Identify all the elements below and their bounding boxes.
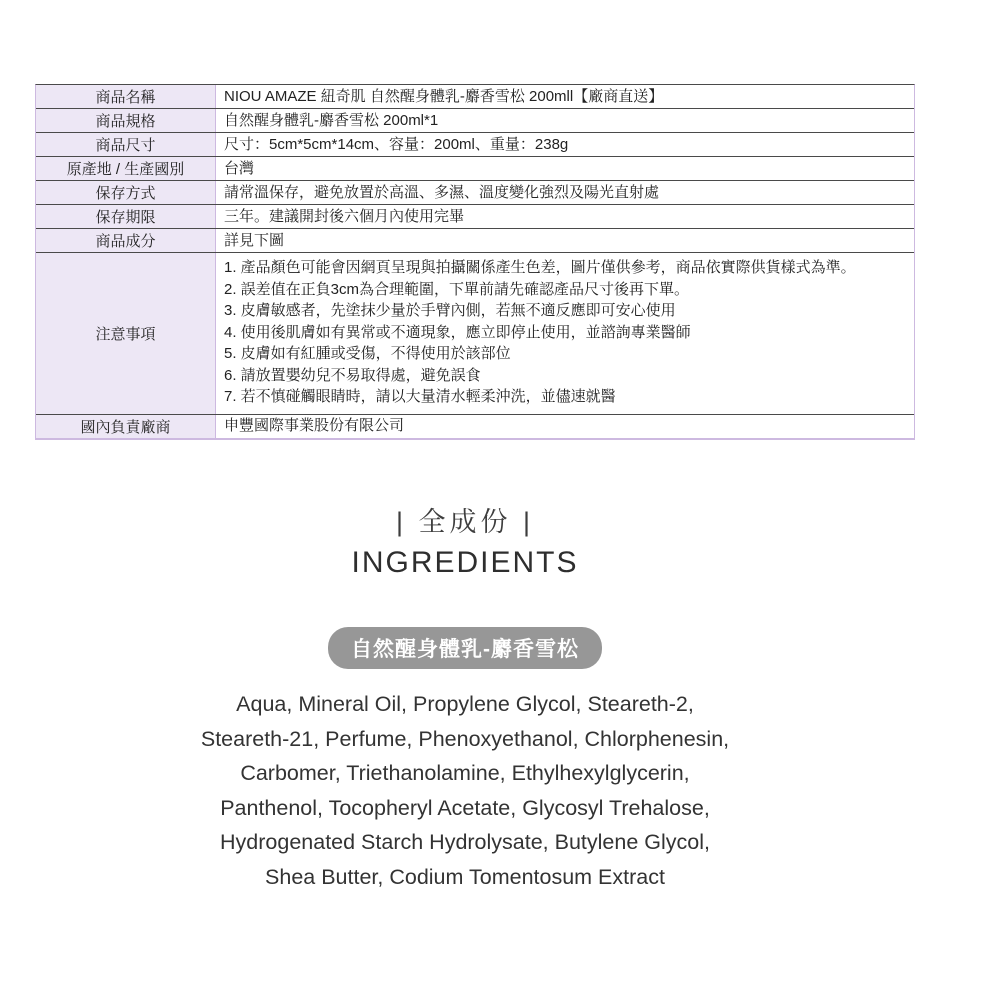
- table-row: 商品成分 詳見下圖: [36, 229, 914, 253]
- row-label-shelf-life: 保存期限: [36, 205, 216, 228]
- ingredients-line: Shea Butter, Codium Tomentosum Extract: [25, 860, 905, 895]
- ingredients-line: Hydrogenated Starch Hydrolysate, Butylen…: [25, 825, 905, 860]
- table-row: 原產地 / 生產國別 台灣: [36, 157, 914, 181]
- ingredients-line: Carbomer, Triethanolamine, Ethylhexylgly…: [25, 756, 905, 791]
- row-value-shelf-life: 三年。建議開封後六個月內使用完畢: [216, 205, 914, 228]
- ingredients-line: Panthenol, Tocopheryl Acetate, Glycosyl …: [25, 791, 905, 826]
- row-label-size: 商品尺寸: [36, 133, 216, 156]
- row-value-origin: 台灣: [216, 157, 914, 180]
- product-spec-table: 商品名稱 NIOU AMAZE 紐奇肌 自然醒身體乳-麝香雪松 200mll【廠…: [35, 84, 915, 440]
- row-label-composition: 商品成分: [36, 229, 216, 252]
- row-label-product-name: 商品名稱: [36, 85, 216, 108]
- row-value-spec: 自然醒身體乳-麝香雪松 200ml*1: [216, 109, 914, 132]
- table-row: 國內負責廠商 申豐國際事業股份有限公司: [36, 415, 914, 438]
- ingredients-section: | 全成份 | INGREDIENTS 自然醒身體乳-麝香雪松 Aqua, Mi…: [25, 500, 905, 895]
- table-row: 保存期限 三年。建議開封後六個月內使用完畢: [36, 205, 914, 229]
- row-value-size: 尺寸：5cm*5cm*14cm、容量：200ml、重量：238g: [216, 133, 914, 156]
- ingredients-line: Steareth-21, Perfume, Phenoxyethanol, Ch…: [25, 722, 905, 757]
- note-line: 2. 誤差值在正負3cm為合理範圍，下單前請先確認產品尺寸後再下單。: [224, 279, 906, 301]
- ingredients-title-en: INGREDIENTS: [25, 546, 905, 580]
- note-line: 5. 皮膚如有紅腫或受傷，不得使用於該部位: [224, 343, 906, 365]
- row-label-distributor: 國內負責廠商: [36, 415, 216, 438]
- row-value-notes: 1. 產品顏色可能會因網頁呈現與拍攝關係產生色差，圖片僅供參考，商品依實際供貨樣…: [216, 253, 914, 414]
- product-info-page: 商品名稱 NIOU AMAZE 紐奇肌 自然醒身體乳-麝香雪松 200mll【廠…: [0, 0, 1000, 1000]
- ingredients-line: Aqua, Mineral Oil, Propylene Glycol, Ste…: [25, 687, 905, 722]
- row-value-storage: 請常溫保存，避免放置於高溫、多濕、溫度變化強烈及陽光直射處: [216, 181, 914, 204]
- row-label-origin: 原產地 / 生產國別: [36, 157, 216, 180]
- row-value-distributor: 申豐國際事業股份有限公司: [216, 415, 914, 438]
- row-label-spec: 商品規格: [36, 109, 216, 132]
- note-line: 4. 使用後肌膚如有異常或不適現象，應立即停止使用，並諮詢專業醫師: [224, 322, 906, 344]
- ingredients-list: Aqua, Mineral Oil, Propylene Glycol, Ste…: [25, 687, 905, 895]
- table-row: 注意事項 1. 產品顏色可能會因網頁呈現與拍攝關係產生色差，圖片僅供參考，商品依…: [36, 253, 914, 415]
- table-row: 商品規格 自然醒身體乳-麝香雪松 200ml*1: [36, 109, 914, 133]
- table-row: 商品名稱 NIOU AMAZE 紐奇肌 自然醒身體乳-麝香雪松 200mll【廠…: [36, 85, 914, 109]
- table-row: 商品尺寸 尺寸：5cm*5cm*14cm、容量：200ml、重量：238g: [36, 133, 914, 157]
- note-line: 6. 請放置嬰幼兒不易取得處，避免誤食: [224, 365, 906, 387]
- row-value-product-name: NIOU AMAZE 紐奇肌 自然醒身體乳-麝香雪松 200mll【廠商直送】: [216, 85, 914, 108]
- row-value-composition: 詳見下圖: [216, 229, 914, 252]
- ingredients-title-cjk: | 全成份 |: [25, 500, 905, 539]
- product-variant-badge: 自然醒身體乳-麝香雪松: [328, 627, 602, 669]
- note-line: 3. 皮膚敏感者，先塗抹少量於手臂內側，若無不適反應即可安心使用: [224, 300, 906, 322]
- table-row: 保存方式 請常溫保存，避免放置於高溫、多濕、溫度變化強烈及陽光直射處: [36, 181, 914, 205]
- row-label-storage: 保存方式: [36, 181, 216, 204]
- row-label-notes: 注意事項: [36, 253, 216, 414]
- note-line: 1. 產品顏色可能會因網頁呈現與拍攝關係產生色差，圖片僅供參考，商品依實際供貨樣…: [224, 257, 906, 279]
- note-line: 7. 若不慎碰觸眼睛時，請以大量清水輕柔沖洗，並儘速就醫: [224, 386, 906, 408]
